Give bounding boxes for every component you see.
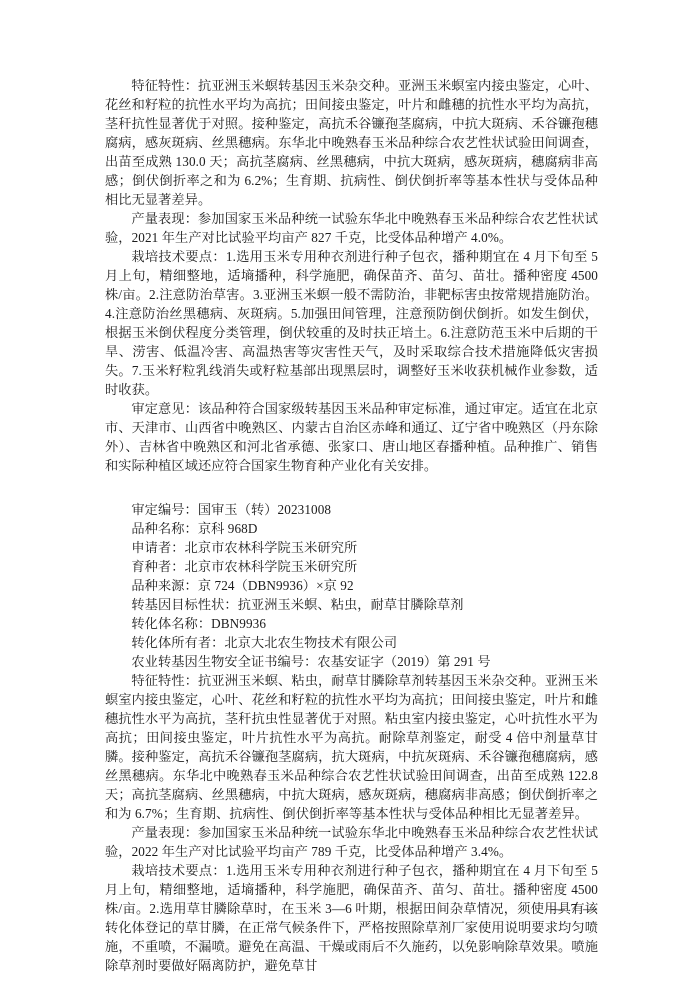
paragraph-yield-1: 产量表现：参加国家玉米品种统一试验东华北中晚熟春玉米品种综合农艺性状试验，202… — [105, 209, 598, 247]
field-target-trait: 转基因目标性状：抗亚洲玉米螟、粘虫，耐草甘膦除草剂 — [105, 595, 598, 614]
field-applicant: 申请者：北京市农林科学院玉米研究所 — [105, 538, 598, 557]
paragraph-yield-2: 产量表现：参加国家玉米品种统一试验东华北中晚熟春玉米品种综合农艺性状试验，202… — [105, 823, 598, 861]
paragraph-traits-1: 特征特性：抗亚洲玉米螟转基因玉米杂交种。亚洲玉米螟室内接虫鉴定，心叶、花丝和籽粒… — [105, 76, 598, 209]
section-gap — [105, 475, 598, 500]
field-breeder: 育种者：北京市农林科学院玉米研究所 — [105, 557, 598, 576]
field-variety-source: 品种来源：京 724（DBN9936）×京 92 — [105, 576, 598, 595]
field-approval-number: 审定编号：国审玉（转）20231008 — [105, 500, 598, 519]
page-number: — 7 — — [105, 902, 598, 918]
document-page: 特征特性：抗亚洲玉米螟转基因玉米杂交种。亚洲玉米螟室内接虫鉴定，心叶、花丝和籽粒… — [105, 76, 598, 975]
paragraph-cultivation-1: 栽培技术要点：1.选用玉米专用种衣剂进行种子包衣，播种期宜在 4 月下旬至 5 … — [105, 247, 598, 399]
field-variety-name: 品种名称：京科 968D — [105, 519, 598, 538]
paragraph-traits-2: 特征特性：抗亚洲玉米螟、粘虫，耐草甘膦除草剂转基因玉米杂交种。亚洲玉米螟室内接虫… — [105, 671, 598, 823]
field-event-name: 转化体名称：DBN9936 — [105, 614, 598, 633]
paragraph-approval-opinion: 审定意见：该品种符合国家级转基因玉米品种审定标准，通过审定。适宜在北京市、天津市… — [105, 399, 598, 475]
paragraph-cultivation-2: 栽培技术要点：1.选用玉米专用种衣剂进行种子包衣，播种期宜在 4 月下旬至 5 … — [105, 861, 598, 975]
field-event-owner: 转化体所有者：北京大北农生物技术有限公司 — [105, 633, 598, 652]
field-biosafety-certificate: 农业转基因生物安全证书编号：农基安证字（2019）第 291 号 — [105, 652, 598, 671]
